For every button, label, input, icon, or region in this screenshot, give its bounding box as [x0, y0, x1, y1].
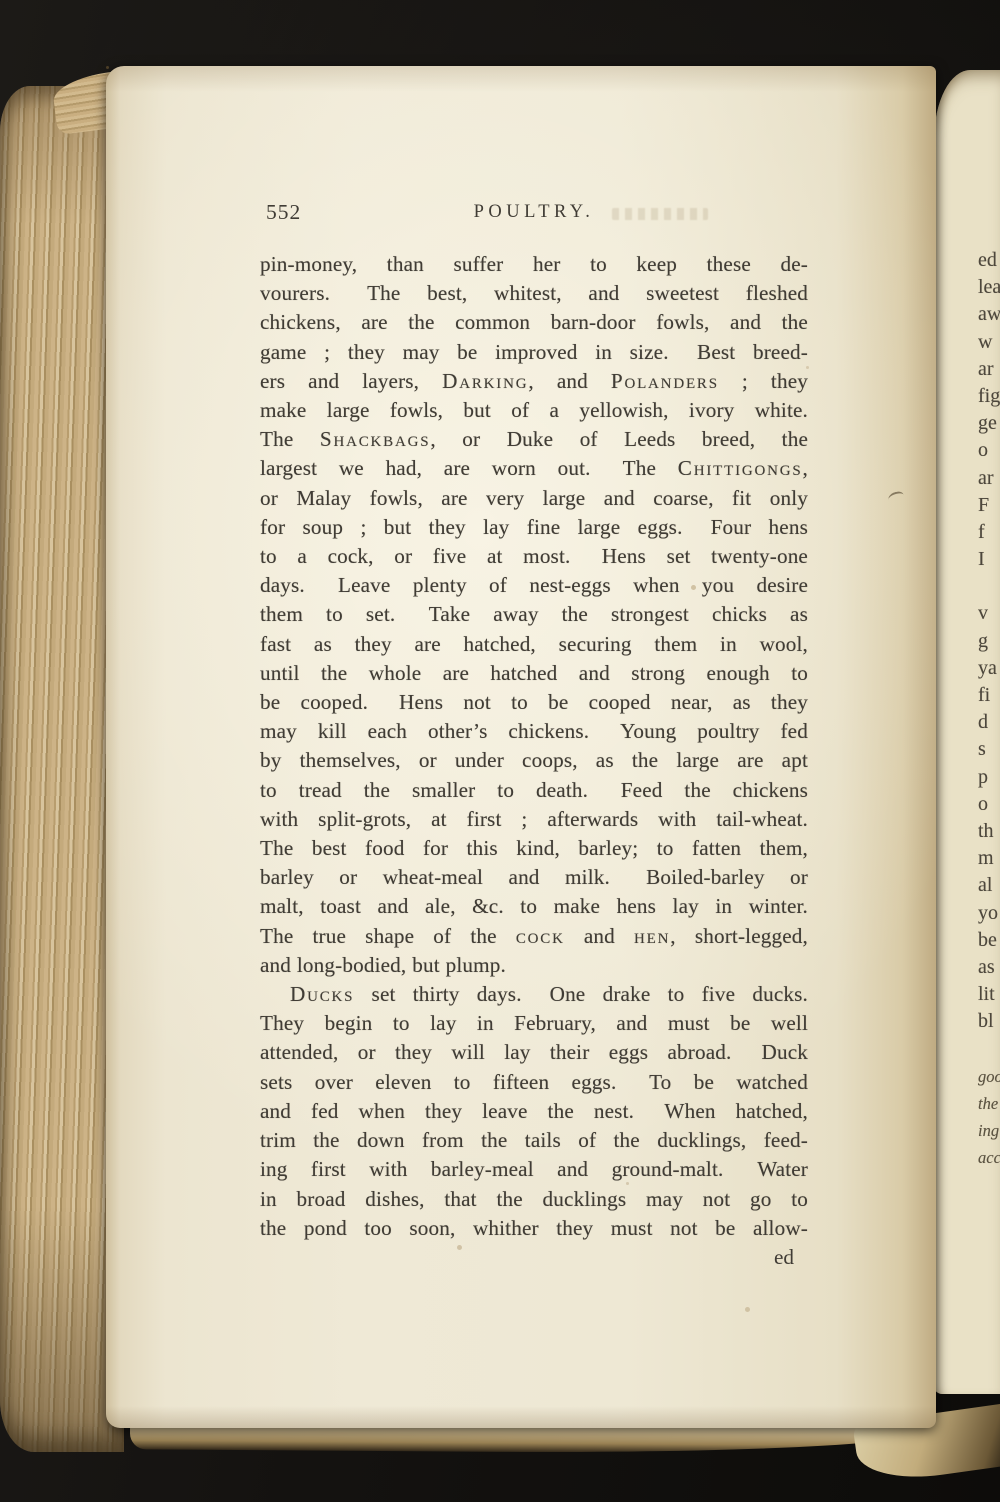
small-caps-word: cock [516, 924, 565, 948]
paragraph: Ducks set thirty days. One drake to five… [260, 980, 808, 1243]
text-line: ing first with barley-meal and ground-ma… [260, 1155, 808, 1184]
text-line: for soup ; but they lay fine large eggs.… [260, 513, 808, 542]
small-caps-word: Ducks [290, 982, 354, 1006]
text-line: The Shackbags, or Duke of Leeds breed, t… [260, 425, 808, 454]
facing-line-fragment: d [978, 709, 1000, 736]
facing-line-fragment: g [978, 628, 1000, 655]
facing-line-fragment [978, 1035, 1000, 1062]
text-line: and long-bodied, but plump. [260, 951, 808, 980]
offset-ink-ghost [612, 208, 708, 220]
text-line: with split-grots, at first ; afterwards … [260, 805, 808, 834]
facing-line-fragment: ge [978, 410, 1000, 437]
facing-line-fragment: F [978, 492, 1000, 519]
facing-line-fragment: fi [978, 682, 1000, 709]
facing-line-fragment: ar [978, 465, 1000, 492]
small-caps-word: Chittigongs [678, 456, 803, 480]
text-line: malt, toast and ale, &c. to make hens la… [260, 892, 808, 921]
running-head: POULTRY. [260, 202, 808, 223]
facing-line-fragment: al [978, 872, 1000, 899]
facing-line-fragment: ar [978, 356, 1000, 383]
text-line: game ; they may be improved in size. Bes… [260, 338, 808, 367]
text-line: them to set. Take away the strongest chi… [260, 600, 808, 629]
facing-line-fragment: s [978, 736, 1000, 763]
facing-line-fragment: f [978, 519, 1000, 546]
facing-line-fragment: o [978, 791, 1000, 818]
text-line: make large fowls, but of a yellowish, iv… [260, 396, 808, 425]
facing-line-fragment: v [978, 600, 1000, 627]
text-line: pin-money, than suffer her to keep these… [260, 250, 808, 279]
facing-line-fragment: goo [978, 1063, 1000, 1090]
facing-line-fragment: o [978, 437, 1000, 464]
small-caps-word: Shackbags [320, 427, 431, 451]
text-line: ers and layers, Darking, and Polanders ;… [260, 367, 808, 396]
small-caps-word: Darking [442, 369, 528, 393]
text-line: trim the down from the tails of the duck… [260, 1126, 808, 1155]
text-line: chickens, are the common barn-door fowls… [260, 308, 808, 337]
facing-line-fragment: yo [978, 900, 1000, 927]
facing-line-fragment: p [978, 764, 1000, 791]
page-header: 552 POULTRY. [260, 200, 808, 226]
facing-line-fragment: fig [978, 383, 1000, 410]
small-caps-word: Polanders [611, 369, 719, 393]
text-line: The true shape of the cock and hen, shor… [260, 922, 808, 951]
text-line: by themselves, or under coops, as the la… [260, 746, 808, 775]
facing-line-fragment: accu [978, 1144, 1000, 1171]
text-line: barley or wheat-meal and milk. Boiled-ba… [260, 863, 808, 892]
facing-line-fragment: be [978, 927, 1000, 954]
text-line: They begin to lay in February, and must … [260, 1009, 808, 1038]
facing-line-fragment: I [978, 546, 1000, 573]
page-content: 552 POULTRY. pin-money, than suffer her … [260, 200, 808, 1272]
text-line: be cooped. Hens not to be cooped near, a… [260, 688, 808, 717]
facing-line-fragment: lit [978, 981, 1000, 1008]
body-text: pin-money, than suffer her to keep these… [260, 250, 808, 1243]
facing-line-fragment: w [978, 329, 1000, 356]
facing-line-fragment [978, 573, 1000, 600]
text-line: vourers. The best, whitest, and sweetest… [260, 279, 808, 308]
text-line: largest we had, are worn out. The Chitti… [260, 454, 808, 483]
facing-line-fragment: m [978, 845, 1000, 872]
facing-line-fragment: aw [978, 301, 1000, 328]
facing-page-fragments: edleaawwarfiggeoarFfI vgyafidspothmalyob… [978, 247, 1000, 1171]
text-line: fast as they are hatched, securing them … [260, 630, 808, 659]
text-line: and fed when they leave the nest. When h… [260, 1097, 808, 1126]
text-line: days. Leave plenty of nest-eggs when you… [260, 571, 808, 600]
facing-line-fragment: ed [978, 247, 1000, 274]
text-line: sets over eleven to fifteen eggs. To be … [260, 1068, 808, 1097]
book-page: 552 POULTRY. pin-money, than suffer her … [106, 66, 936, 1428]
text-line: to a cock, or five at most. Hens set twe… [260, 542, 808, 571]
text-line: the pond too soon, whither they must not… [260, 1214, 808, 1243]
paragraph: pin-money, than suffer her to keep these… [260, 250, 808, 980]
facing-line-fragment: th [978, 818, 1000, 845]
facing-line-fragment: ya [978, 655, 1000, 682]
text-line: to tread the smaller to death. Feed the … [260, 776, 808, 805]
catchword: ed [260, 1243, 808, 1272]
facing-line-fragment: lea [978, 274, 1000, 301]
facing-line-fragment: as [978, 954, 1000, 981]
text-line: until the whole are hatched and strong e… [260, 659, 808, 688]
text-line: in broad dishes, that the ducklings may … [260, 1185, 808, 1214]
facing-line-fragment: bl [978, 1008, 1000, 1035]
book-photo: 552 POULTRY. pin-money, than suffer her … [0, 0, 1000, 1502]
text-line: may kill each other’s chickens. Young po… [260, 717, 808, 746]
text-line: Ducks set thirty days. One drake to five… [260, 980, 808, 1009]
paper-freckles [106, 66, 109, 69]
text-line: The best food for this kind, barley; to … [260, 834, 808, 863]
small-caps-word: hen [634, 924, 670, 948]
facing-line-fragment: ing [978, 1117, 1000, 1144]
text-line: attended, or they will lay their eggs ab… [260, 1038, 808, 1067]
text-line: or Malay fowls, are very large and coars… [260, 484, 808, 513]
facing-line-fragment: the [978, 1090, 1000, 1117]
